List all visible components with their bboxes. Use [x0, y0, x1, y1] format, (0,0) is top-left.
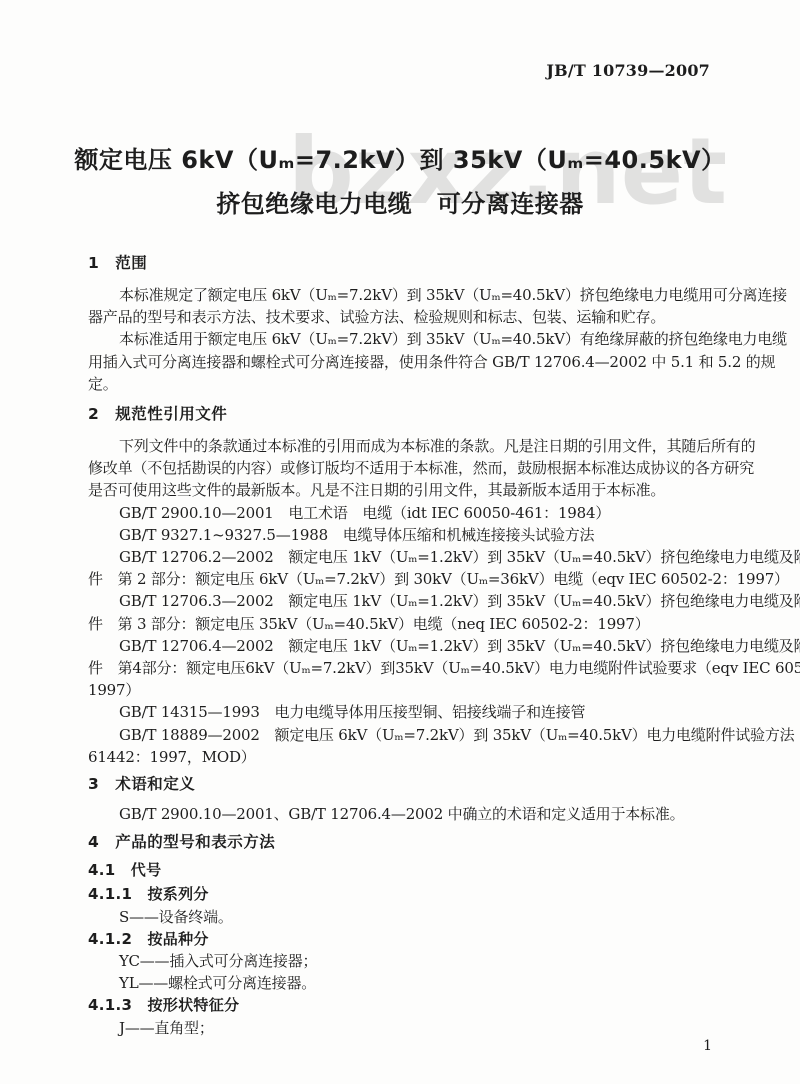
- code-line: S——设备终端。: [88, 906, 728, 928]
- section-4-1-2-heading: 4.1.2 按品种分: [88, 928, 728, 950]
- section-1-line: 本标准适用于额定电压 6kV（Uₘ=7.2kV）到 35kV（Uₘ=40.5kV…: [88, 328, 728, 350]
- reference-line: GB/T 12706.4—2002 额定电压 1kV（Uₘ=1.2kV）到 35…: [88, 635, 728, 657]
- section-2-line: 是否可使用这些文件的最新版本。凡是不注日期的引用文件，其最新版本适用于本标准。: [88, 479, 728, 501]
- section-1-line: 定。: [88, 373, 728, 395]
- reference-line: GB/T 9327.1~9327.5—1988 电缆导体压缩和机械连接接头试验方…: [88, 524, 728, 546]
- reference-line: 件 第 2 部分：额定电压 6kV（Uₘ=7.2kV）到 30kV（Uₘ=36k…: [88, 568, 728, 590]
- title-line-1: 额定电压 6kV（Uₘ=7.2kV）到 35kV（Uₘ=40.5kV）: [0, 138, 800, 182]
- section-3-line: GB/T 2900.10—2001、GB/T 12706.4—2002 中确立的…: [88, 803, 728, 825]
- section-4-1-3-heading: 4.1.3 按形状特征分: [88, 994, 728, 1016]
- code-line: J——直角型；: [88, 1017, 728, 1039]
- section-1-line: 器产品的型号和表示方法、技术要求、试验方法、检验规则和标志、包装、运输和贮存。: [88, 306, 728, 328]
- title-line-2: 挤包绝缘电力电缆 可分离连接器: [0, 182, 800, 226]
- reference-line: GB/T 14315—1993 电力电缆导体用压接型铜、铝接线端子和连接管: [88, 701, 728, 723]
- reference-line: 61442：1997，MOD）: [88, 746, 728, 768]
- reference-line: GB/T 12706.3—2002 额定电压 1kV（Uₘ=1.2kV）到 35…: [88, 590, 728, 612]
- document-page: JB/T 10739—2007 bzxz.net 额定电压 6kV（Uₘ=7.2…: [0, 0, 800, 1084]
- section-1-line: 本标准规定了额定电压 6kV（Uₘ=7.2kV）到 35kV（Uₘ=40.5kV…: [88, 284, 728, 306]
- reference-line: 1997）: [88, 679, 728, 701]
- code-line: YC——插入式可分离连接器；: [88, 950, 728, 972]
- section-4-heading: 4 产品的型号和表示方法: [88, 831, 728, 853]
- section-2-heading: 2 规范性引用文件: [88, 403, 728, 425]
- reference-line: 件 第4部分：额定电压6kV（Uₘ=7.2kV）到35kV（Uₘ=40.5kV）…: [88, 657, 728, 679]
- section-4-1-heading: 4.1 代号: [88, 859, 728, 881]
- section-1-line: 用插入式可分离连接器和螺栓式可分离连接器，使用条件符合 GB/T 12706.4…: [88, 351, 728, 373]
- reference-line: GB/T 2900.10—2001 电工术语 电缆（idt IEC 60050-…: [88, 502, 728, 524]
- reference-line: 件 第 3 部分：额定电压 35kV（Uₘ=40.5kV）电缆（neq IEC …: [88, 613, 728, 635]
- reference-line: GB/T 12706.2—2002 额定电压 1kV（Uₘ=1.2kV）到 35…: [88, 546, 728, 568]
- section-1-heading: 1 范围: [88, 252, 728, 274]
- section-2-line: 下列文件中的条款通过本标准的引用而成为本标准的条款。凡是注日期的引用文件，其随后…: [88, 435, 728, 457]
- code-line: YL——螺栓式可分离连接器。: [88, 972, 728, 994]
- document-body: 1 范围 本标准规定了额定电压 6kV（Uₘ=7.2kV）到 35kV（Uₘ=4…: [88, 252, 728, 1039]
- section-3-heading: 3 术语和定义: [88, 773, 728, 795]
- page-number: 1: [703, 1038, 712, 1054]
- section-2-line: 修改单（不包括勘误的内容）或修订版均不适用于本标准，然而，鼓励根据本标准达成协议…: [88, 457, 728, 479]
- section-4-1-1-heading: 4.1.1 按系列分: [88, 883, 728, 905]
- reference-line: GB/T 18889—2002 额定电压 6kV（Uₘ=7.2kV）到 35kV…: [88, 724, 728, 746]
- document-title: 额定电压 6kV（Uₘ=7.2kV）到 35kV（Uₘ=40.5kV） 挤包绝缘…: [0, 0, 800, 226]
